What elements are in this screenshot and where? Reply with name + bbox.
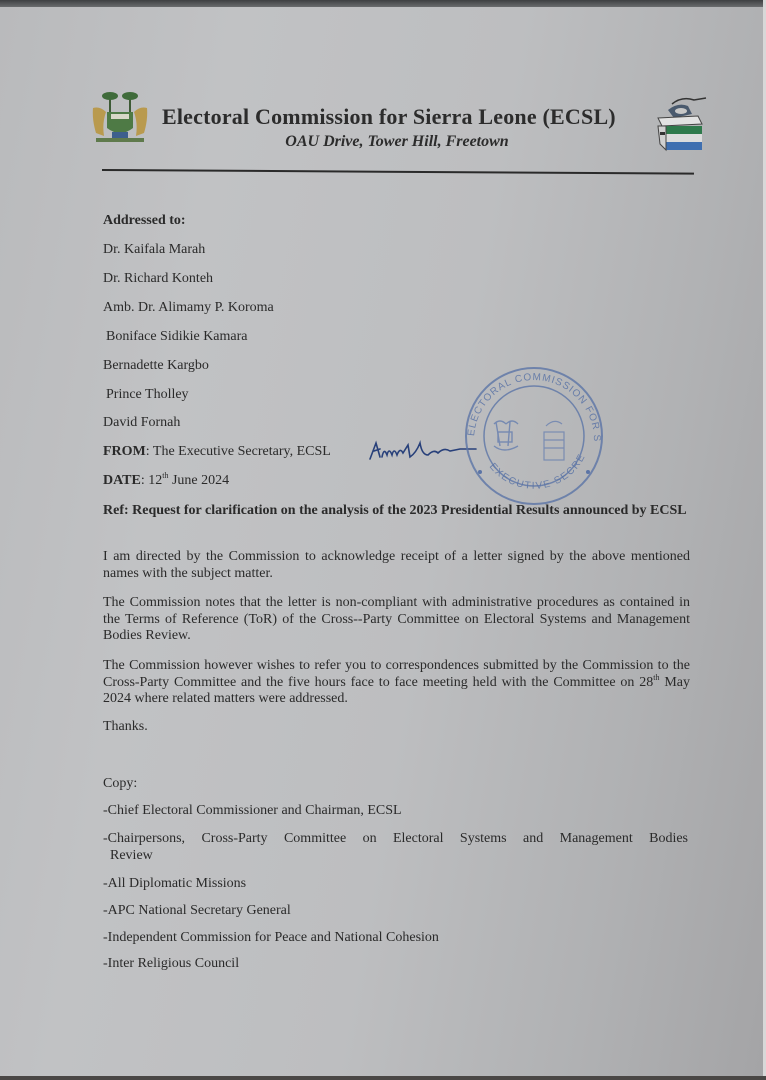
copy-recipient: -Chairpersons, Cross-Party Committee on …: [103, 831, 688, 864]
copy-recipient: -APC National Secretary General: [103, 903, 688, 920]
addressee-name: David Fornah: [103, 415, 180, 431]
letter-page: Electoral Commission for Sierra Leone (E…: [0, 7, 764, 1077]
addressee-name: Amb. Dr. Alimamy P. Koroma: [103, 300, 274, 316]
sierra-leone-coat-of-arms-icon: [90, 88, 150, 146]
body-paragraph-1: I am directed by the Commission to ackno…: [103, 549, 690, 582]
official-stamp: ELECTORAL COMMISSION FOR SIERRA LEONE EX…: [456, 362, 612, 508]
addressee-name: Boniface Sidikie Kamara: [106, 329, 248, 345]
addressee-name: Dr. Kaifala Marah: [103, 242, 205, 258]
body-paragraph-2: The Commission notes that the letter is …: [103, 595, 690, 645]
copy-recipient: -All Diplomatic Missions: [103, 876, 688, 893]
closing-thanks: Thanks.: [103, 719, 148, 735]
date-line: DATE: 12th June 2024: [103, 473, 229, 489]
date-month-year: June 2024: [168, 473, 229, 488]
date-label: DATE: [103, 473, 141, 488]
addressee-name: Bernadette Kargbo: [103, 358, 209, 374]
from-line: FROM: The Executive Secretary, ECSL: [103, 444, 331, 460]
photo-bottom-edge: [0, 1076, 766, 1080]
organization-address: OAU Drive, Tower Hill, Freetown: [162, 133, 632, 151]
copy-recipient: -Chief Electoral Commissioner and Chairm…: [103, 803, 688, 820]
svg-text:ELECTORAL COMMISSION FOR SIERR: ELECTORAL COMMISSION FOR SIERRA LEONE: [456, 362, 602, 442]
body-paragraph-3: The Commission however wishes to refer y…: [103, 658, 690, 708]
addressed-to-label: Addressed to:: [103, 213, 186, 229]
date-day: : 12: [141, 473, 162, 488]
reference-subject: Ref: Request for clarification on the an…: [103, 503, 690, 520]
from-value: : The Executive Secretary, ECSL: [146, 444, 331, 459]
header-divider: [102, 169, 694, 175]
photo-top-edge: [0, 0, 766, 7]
copy-recipient: -Inter Religious Council: [103, 956, 688, 973]
copy-label: Copy:: [103, 776, 137, 792]
from-label: FROM: [103, 444, 146, 459]
addressee-name: Dr. Richard Konteh: [103, 271, 213, 287]
ballot-box-icon: [654, 94, 710, 158]
copy-recipient: -Independent Commission for Peace and Na…: [103, 930, 688, 947]
organization-name: Electoral Commission for Sierra Leone (E…: [162, 104, 652, 130]
addressee-name: Prince Tholley: [106, 387, 189, 403]
